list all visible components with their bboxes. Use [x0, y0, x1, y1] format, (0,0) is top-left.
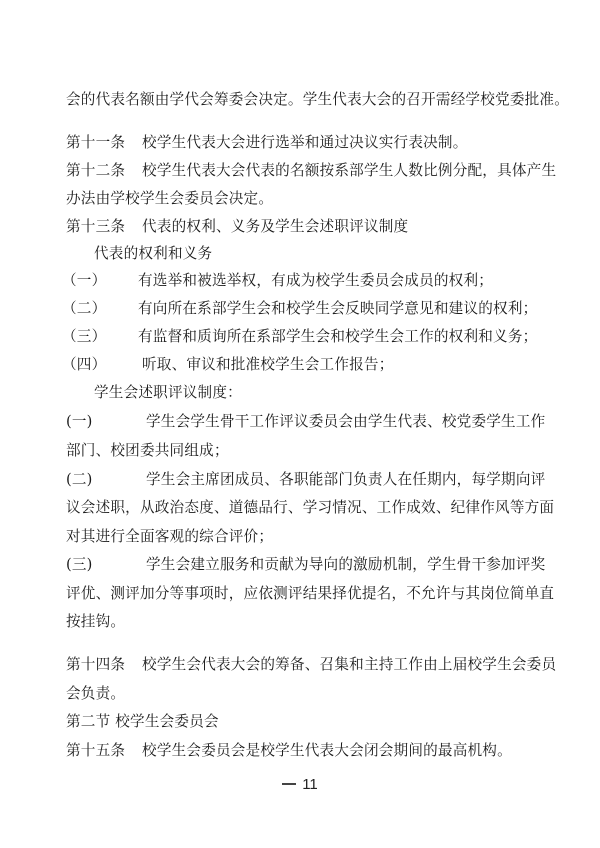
paragraph-line: 按挂钩。: [66, 612, 125, 632]
section-label: 第二节: [66, 713, 110, 730]
document-page: 会的代表名额由学代会筹委会决定。学生代表大会的召开需经学校党委批准。 第十一条 …: [0, 0, 600, 848]
list-number: (一): [66, 412, 146, 432]
article-text: 代表的权利、义务及学生会述职评议制度: [142, 218, 408, 235]
article-13: 第十三条 代表的权利、义务及学生会述职评议制度: [66, 217, 408, 237]
list-text: 学生会主席团成员、各职能部门负责人在任期内，每学期向评: [146, 471, 545, 488]
list-item: (二)学生会主席团成员、各职能部门负责人在任期内，每学期向评: [66, 470, 545, 490]
paragraph-line: 对其进行全面客观的综合评价；: [66, 527, 273, 547]
subheading-text: 学生会述职评议制度：: [94, 384, 242, 401]
dash-icon: [282, 783, 296, 784]
line-text: 部门、校团委共同组成；: [66, 442, 229, 459]
page-number: 11: [0, 776, 600, 793]
list-item: （二）有向所在系部学生会和校学生会反映同学意见和建议的权利；: [62, 299, 537, 319]
article-label: 第十四条: [66, 656, 125, 673]
list-number: （三）: [62, 327, 138, 347]
article-text: 校学生会委员会是校学生代表大会闭会期间的最高机构。: [142, 742, 512, 759]
subheading-text: 代表的权利和义务: [94, 245, 212, 262]
line-text: 对其进行全面客观的综合评价；: [66, 528, 273, 545]
article-text: 校学生会代表大会的筹备、召集和主持工作由上届校学生会委员: [142, 656, 556, 673]
list-text: 有向所在系部学生会和校学生会反映同学意见和建议的权利；: [138, 300, 537, 317]
article-15: 第十五条 校学生会委员会是校学生代表大会闭会期间的最高机构。: [66, 741, 512, 761]
list-number: （四）: [62, 355, 142, 375]
list-number: （二）: [62, 299, 138, 319]
list-text: 学生会建立服务和贡献为导向的激励机制，学生骨干参加评奖: [146, 556, 545, 573]
article-text: 校学生代表大会进行选举和通过决议实行表决制。: [142, 134, 467, 151]
list-text: 学生会学生骨干工作评议委员会由学生代表、校党委学生工作: [146, 413, 545, 430]
paragraph-line: 会负责。: [66, 684, 125, 704]
line-text: 会负责。: [66, 685, 125, 702]
list-number: (二): [66, 470, 146, 490]
list-item: （三）有监督和质询所在系部学生会和校学生会工作的权利和义务；: [62, 327, 537, 347]
list-item: （一）有选举和被选举权，有成为校学生委员会成员的权利；: [62, 271, 493, 291]
article-label: 第十五条: [66, 742, 125, 759]
article-label: 第十三条: [66, 218, 125, 235]
article-14: 第十四条 校学生会代表大会的筹备、召集和主持工作由上届校学生会委员: [66, 655, 556, 675]
subheading-review-system: 学生会述职评议制度：: [94, 383, 242, 403]
list-item: (一)学生会学生骨干工作评议委员会由学生代表、校党委学生工作: [66, 412, 545, 432]
article-11: 第十一条 校学生代表大会进行选举和通过决议实行表决制。: [66, 133, 468, 153]
article-12: 第十二条 校学生代表大会代表的名额按系部学生人数比例分配，具体产生: [66, 161, 556, 181]
section-title: 校学生会委员会: [115, 713, 219, 730]
section-heading: 第二节 校学生会委员会: [66, 712, 219, 732]
list-item: (三)学生会建立服务和贡献为导向的激励机制，学生骨干参加评奖: [66, 555, 545, 575]
paragraph-line: 议会述职，从政治态度、道德品行、学习情况、工作成效、纪律作风等方面: [66, 498, 554, 518]
line-text: 议会述职，从政治态度、道德品行、学习情况、工作成效、纪律作风等方面: [66, 499, 554, 516]
article-text: 校学生代表大会代表的名额按系部学生人数比例分配，具体产生: [142, 162, 556, 179]
list-text: 有选举和被选举权，有成为校学生委员会成员的权利；: [138, 272, 493, 289]
list-text: 听取、审议和批准校学生会工作报告；: [142, 356, 394, 373]
article-label: 第十一条: [66, 134, 125, 151]
paragraph-line: 办法由学校学生会委员会决定。: [66, 189, 273, 209]
subheading-rights-duties: 代表的权利和义务: [94, 244, 212, 264]
paragraph-line: 评优、测评加分等事项时，应依测评结果择优提名，不允许与其岗位简单直: [66, 584, 554, 604]
list-item: （四）听取、审议和批准校学生会工作报告；: [62, 355, 394, 375]
line-text: 办法由学校学生会委员会决定。: [66, 190, 273, 207]
paragraph-line: 部门、校团委共同组成；: [66, 441, 229, 461]
list-number: （一）: [62, 271, 138, 291]
list-number: (三): [66, 555, 146, 575]
line-text: 会的代表名额由学代会筹委会决定。学生代表大会的召开需经学校党委批准。: [66, 91, 569, 108]
line-text: 按挂钩。: [66, 613, 125, 630]
list-text: 有监督和质询所在系部学生会和校学生会工作的权利和义务；: [138, 328, 537, 345]
line-text: 评优、测评加分等事项时，应依测评结果择优提名，不允许与其岗位简单直: [66, 585, 554, 602]
paragraph-line: 会的代表名额由学代会筹委会决定。学生代表大会的召开需经学校党委批准。: [66, 90, 569, 110]
page-number-value: 11: [302, 776, 318, 793]
article-label: 第十二条: [66, 162, 125, 179]
